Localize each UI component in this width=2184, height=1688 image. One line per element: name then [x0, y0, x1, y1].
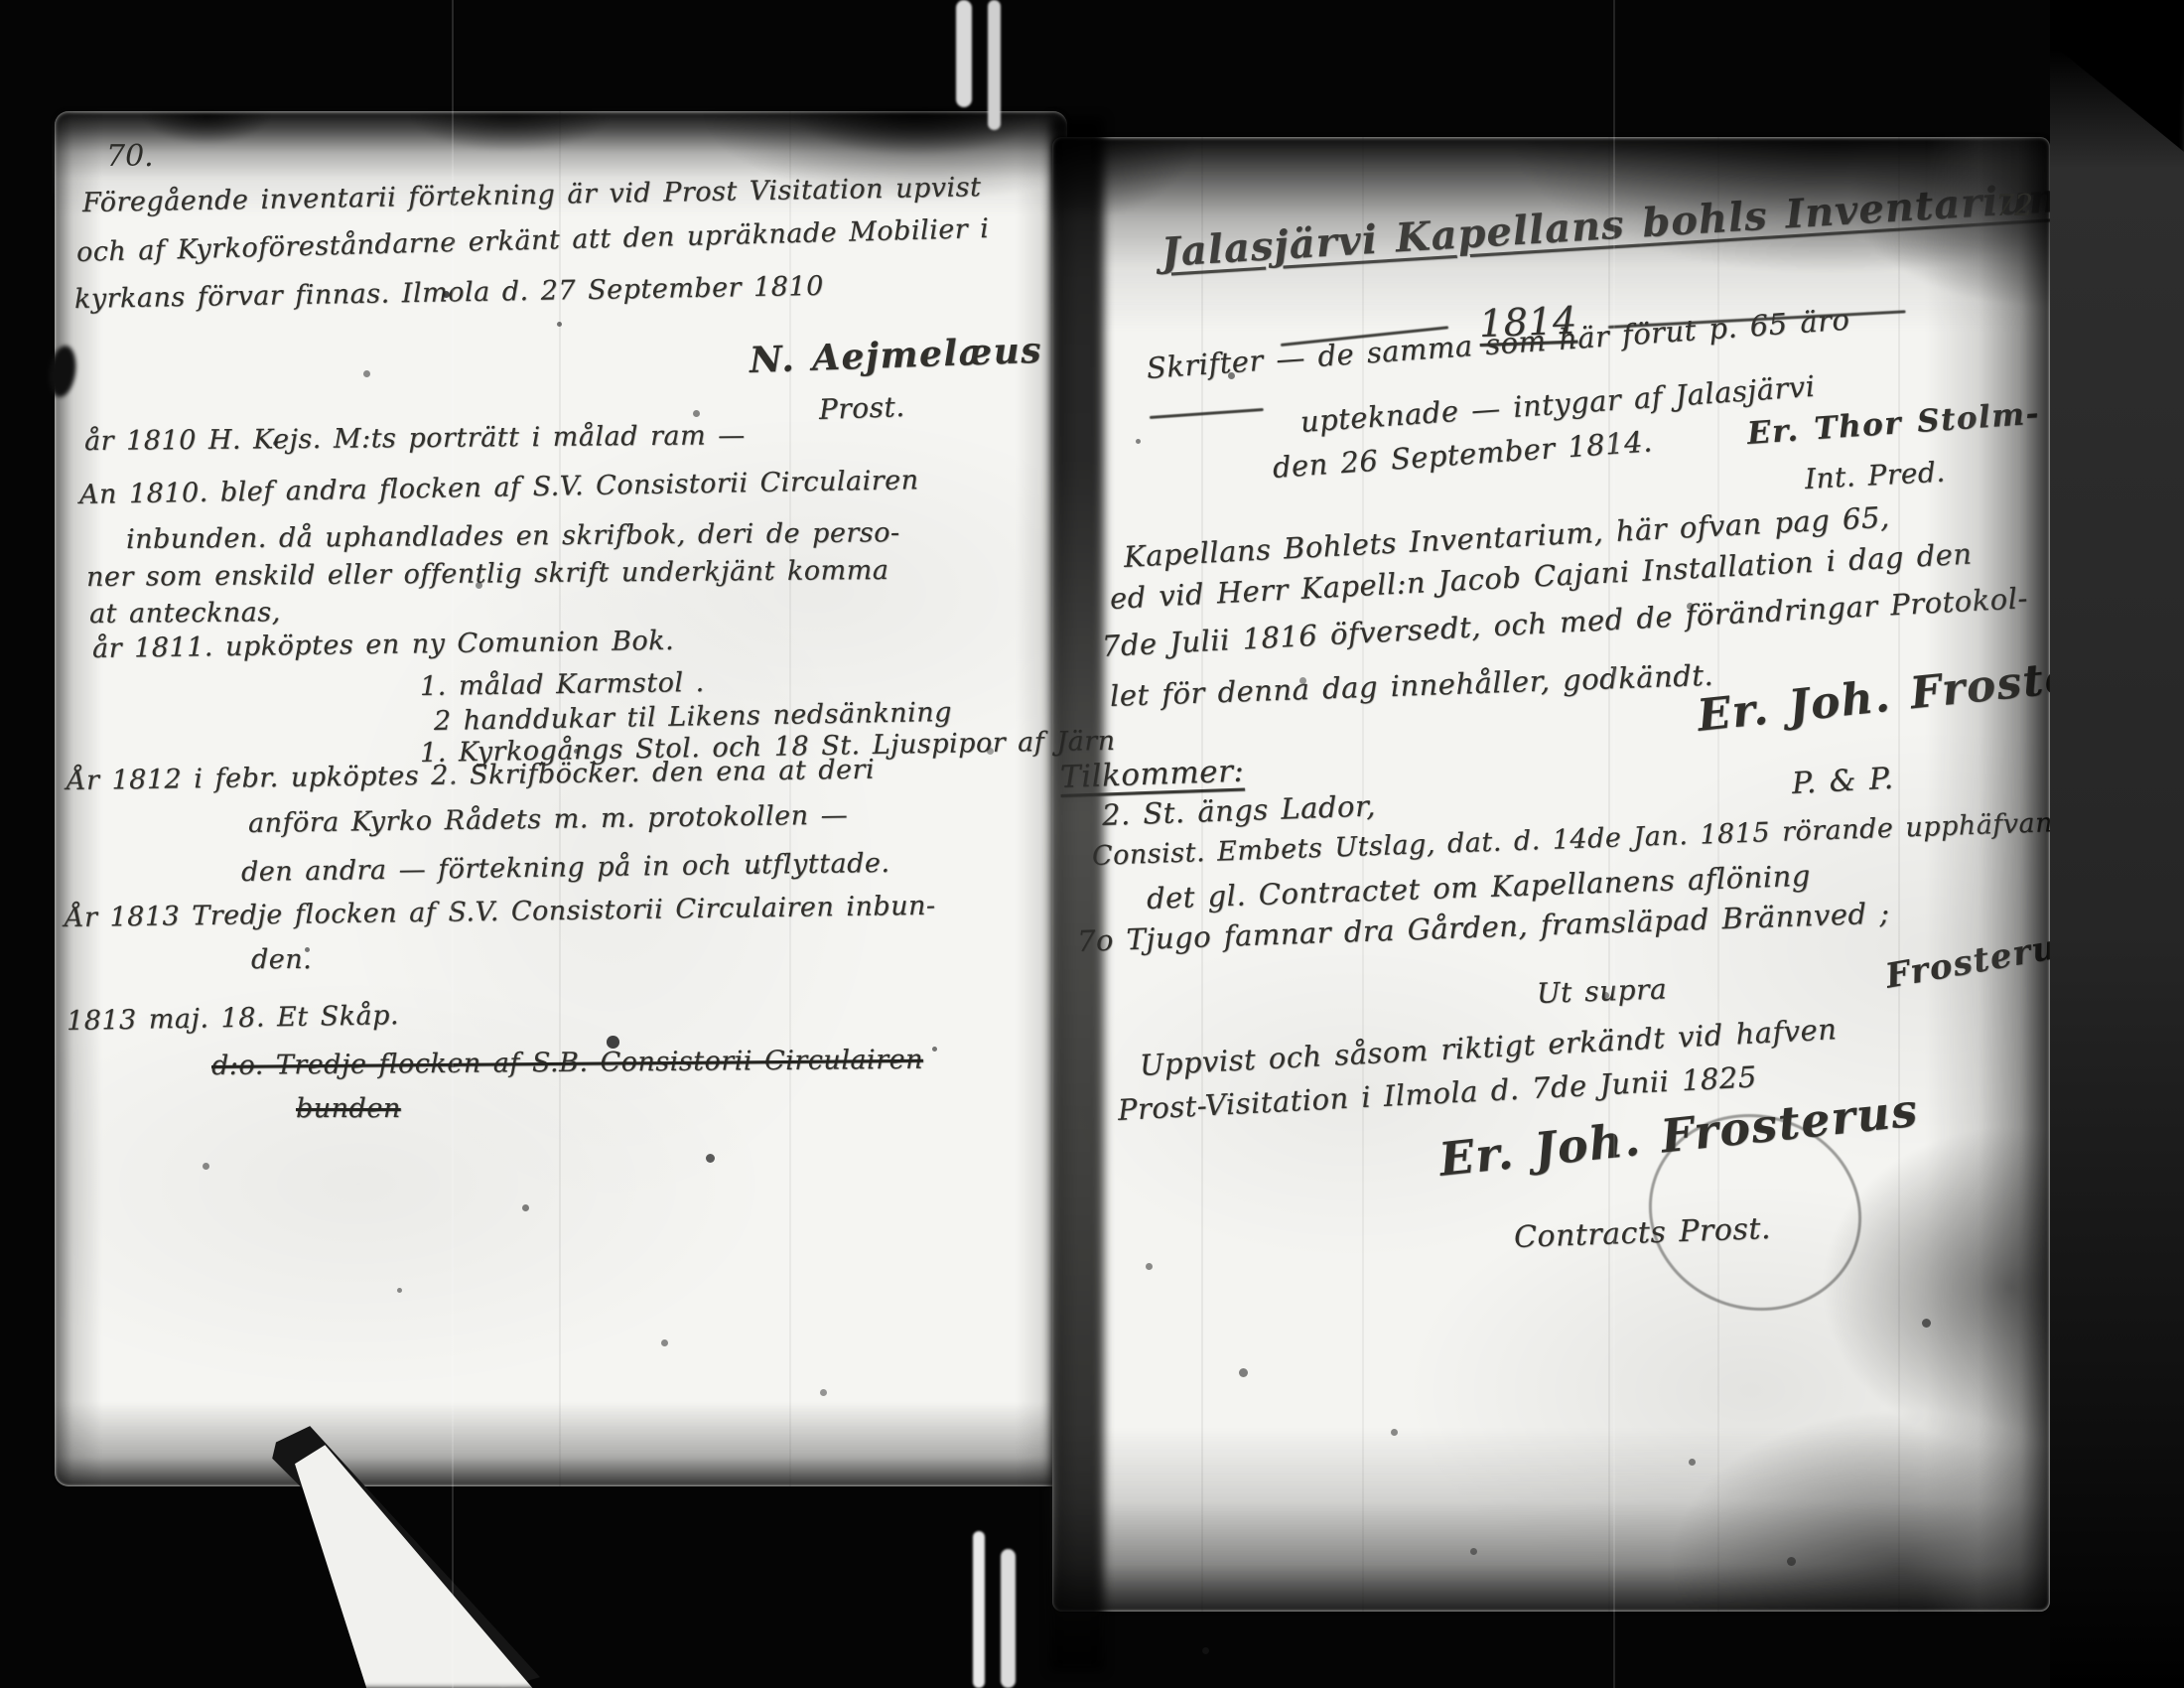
entry-1811: år 1811. upköptes en ny Comunion Bok. — [92, 627, 675, 664]
film-light-streak — [1001, 1549, 1016, 1688]
signature-aejmelaeus: N. Aejmelæus — [749, 332, 1042, 381]
signature-stolm: Er. Thor Stolm- — [1746, 396, 2041, 451]
entry-continuation: at antecknas, — [89, 598, 281, 629]
intro-line: och af Kyrkoföreståndarne erkänt att den… — [76, 214, 990, 268]
entry-1812: År 1812 i febr. upköptes 2. Skrifböcker.… — [67, 756, 876, 796]
skrifter-line: upteknade — intygar af Jalasjärvi — [1299, 371, 1817, 439]
entry-1813-maj: 1813 maj. 18. Et Skåp. — [67, 1001, 399, 1037]
page-title: Jalasjärvi Kapellans bohls Inventarium — [1160, 176, 2073, 275]
intro-line: kyrkans förvar finnas. Ilmola d. 27 Sept… — [74, 272, 824, 315]
intro-line: Föregående inventarii förtekning är vid … — [82, 173, 982, 217]
entry-struck: d:o. Tredje flocken af S.B. Consistorii … — [211, 1046, 923, 1081]
kapellans-line: let för denna dag innehåller, godkändt. — [1109, 660, 1713, 713]
tilkommer-item: 2. St. ängs Lador, — [1101, 790, 1376, 832]
signature-title: P. & P. — [1791, 763, 1894, 800]
left-page-number: 70. — [106, 139, 154, 174]
film-light-streak — [956, 0, 972, 107]
entry-continuation: inbunden. då uphandlades en skrifbok, de… — [126, 518, 900, 554]
ink-specks — [55, 111, 60, 116]
entry-item: 1. målad Karmstol . — [420, 668, 705, 702]
signature-title: Int. Pred. — [1804, 458, 1946, 495]
entry-1810b: An 1810. blef andra flocken af S.V. Cons… — [79, 466, 919, 509]
film-light-streak — [988, 0, 1001, 130]
entry-continuation: den. — [251, 945, 312, 975]
entry-struck: bunden — [296, 1094, 401, 1124]
entry-1810: år 1810 H. Kejs. M:ts porträtt i målad r… — [84, 421, 746, 456]
right-page: 72 Jalasjärvi Kapellans bohls Inventariu… — [1052, 137, 2050, 1612]
film-light-streak — [973, 1531, 985, 1688]
entry-1813: År 1813 Tredje flocken af S.V. Consistor… — [65, 892, 936, 933]
film-edge-strip — [2050, 0, 2184, 1688]
squiggle-underline — [1150, 408, 1264, 419]
signature-title: Prost. — [818, 392, 905, 426]
left-page: 70. Föregående inventarii förtekning är … — [55, 111, 1067, 1486]
ut-supra: Ut supra — [1536, 974, 1667, 1009]
page-pointer-wedge — [238, 1418, 615, 1688]
book-gutter-shadow — [1050, 117, 1104, 1671]
entry-continuation: den andra — förtekning på in och utflytt… — [241, 849, 890, 888]
entry-continuation: anföra Kyrko Rådets m. m. protokollen — — [248, 801, 849, 839]
microfilm-scan: { "document": { "type": "handwritten chu… — [0, 0, 2184, 1688]
right-page-number: 72 — [1995, 189, 2033, 223]
entry-continuation: ner som enskild eller offentlig skrift u… — [86, 556, 889, 593]
